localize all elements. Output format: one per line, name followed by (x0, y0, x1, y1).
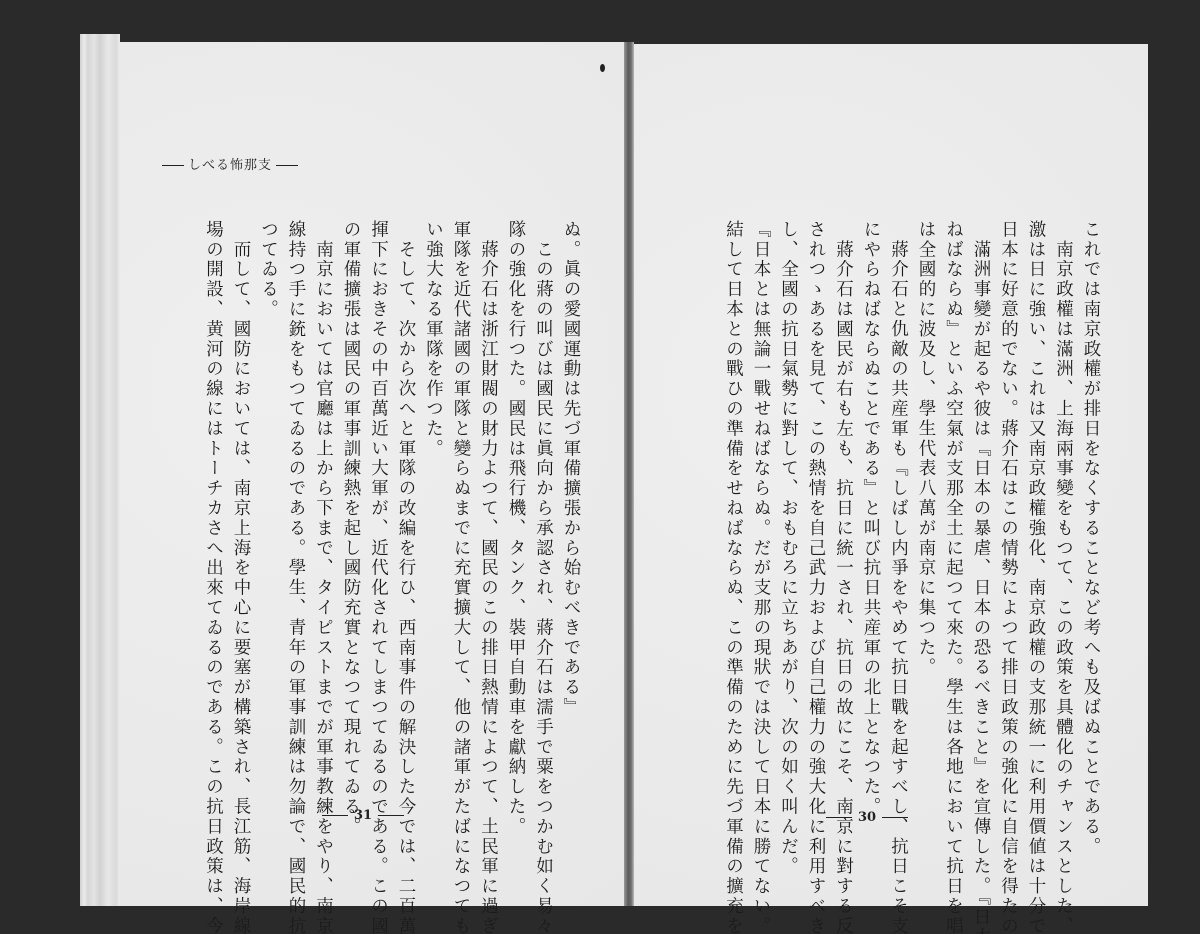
text-column: 隊の強化を行つた。國民は飛行機、タンク、裝甲自動車を獻納した。 (502, 220, 530, 676)
text-column: 場の開設、黄河の線にはトーチカさへ出來てゐるのである。この抗日政策は、今では南京… (199, 220, 227, 676)
right-page: これでは南京政權が排日をなくすることなど考へも及ばぬことである。 南京政權は滿洲… (634, 44, 1148, 906)
text-column: は全國的に波及し、學生代表八萬が南京に集つた。 (912, 220, 940, 680)
text-column: にやらねばならぬことである』と叫び抗日共産軍の北上となつた。 (857, 220, 885, 680)
text-column: 『日本とは無論一戰せねばならぬ。だが支那の現狀では決して日本に勝てない。支那は一… (747, 220, 775, 680)
page-number: 30 (820, 810, 914, 825)
rule-dash (276, 165, 298, 166)
text-column: 線持つ手に銃をもつてゐるのである。學生、青年の軍事訓練は勿論で、國民的抗日氣勢は… (282, 220, 310, 676)
right-page-text: これでは南京政權が排日をなくすることなど考へも及ばぬことである。 南京政權は滿洲… (719, 220, 1104, 680)
page-edges (80, 34, 120, 906)
text-column: 軍隊を近代諸國の軍隊と變らぬまでに充實擴大して、他の諸軍がたばになつても如何とも… (447, 220, 475, 676)
running-head: しべる怖那支 (158, 154, 302, 173)
text-column: 日本に好意的でない。蔣介石はこの情勢によつて排日政策の強化に自信を得たのである。 (994, 220, 1022, 680)
text-column: 揮下におきその中百萬近い大軍が、近代化されてしまつてゐるのである。この國民の抗日… (364, 220, 392, 676)
text-column: 滿洲事變が起るや彼は『日本の暴虐、日本の恐るべきこと』を宣傳した。『日本と一戰を… (967, 220, 995, 680)
text-column: い強大なる軍隊を作つた。 (419, 220, 447, 676)
rule-dash (882, 817, 908, 818)
text-column: 激は日に強い、これは又南京政權強化、南京政權の支那統一に利用價値は十分である。列… (1022, 220, 1050, 680)
text-column: の軍備擴張は國民の軍事訓練熱を起し國防充實となつて現れてゐる。 (337, 220, 365, 676)
text-column: ぬ。眞の愛國運動は先づ軍備擴張から始むべきである』 (557, 220, 585, 676)
text-column: 結して日本との戰ひの準備をせねばならぬ、この準備のために先づ軍備の擴充を計らねば… (719, 220, 747, 680)
rule-dash (322, 815, 348, 816)
left-page-text: ぬ。眞の愛國運動は先づ軍備擴張から始むべきである』 この蔣の叫びは國民に眞向から… (199, 220, 584, 676)
page-number-value: 31 (354, 808, 372, 823)
book-spread: しべる怖那支 ぬ。眞の愛國運動は先づ軍備擴張から始むべきである』 この蔣の叫びは… (0, 0, 1200, 934)
text-column: 而して、國防においては、南京上海を中心に要塞が構築され、長江筋、海岸線の要塞、飛… (227, 220, 255, 676)
rule-dash (378, 815, 404, 816)
text-column: 南京においては官廳は上から下まで、タイピストまでが軍事教練をやり、南京の藝者は三… (309, 220, 337, 676)
text-column: これでは南京政權が排日をなくすることなど考へも及ばぬことである。 (1077, 220, 1105, 680)
left-page: しべる怖那支 ぬ。眞の愛國運動は先づ軍備擴張から始むべきである』 この蔣の叫びは… (120, 42, 624, 906)
text-column: この蔣の叫びは國民に眞向から承認され、蔣介石は濡手で粟をつかむ如く易々として自己… (529, 220, 557, 676)
text-column: 南京政權は滿洲、上海兩事變をもつて、この政策を具體化のチャンスとした、國民の對日… (1049, 220, 1077, 680)
running-head-title: しべる怖那支 (188, 158, 272, 173)
ink-speck (600, 64, 605, 72)
text-column: つてゐる。 (254, 220, 282, 676)
text-column: そして、次から次へと軍隊の改編を行ひ、西南事件の解決した今では、二百萬の支那軍を… (392, 220, 420, 676)
page-number: 31 (316, 808, 410, 823)
rule-dash (826, 817, 852, 818)
text-column: ねばならぬ』といふ空氣が支那全土に起つて來た。學生は各地において抗日を唱へ、抗日… (939, 220, 967, 680)
page-number-value: 30 (858, 810, 876, 825)
text-column: 蔣介石と仇敵の共産軍も『しばし内爭をやめて抗日戰を起すべし、抗日こそ支那國民の最… (884, 220, 912, 680)
book-gutter (624, 42, 634, 906)
text-column: 蔣介石は國民が右も左も、抗日に統一され、抗日の故にこそ、南京に對する反撃作用が中… (829, 220, 857, 680)
text-column: 蔣介石は浙江財閥の財力よつて、國民のこの排日熱情によつて、土民軍に過ぎなかつた自… (474, 220, 502, 676)
text-column: し、全國の抗日氣勢に對して、おもむろに立ちあがり、次の如く叫んだ。 (774, 220, 802, 680)
rule-dash (162, 165, 184, 166)
text-column: されつゝあるを見て、この熱情を自己武力および自己權力の強大化に利用すべきであると… (802, 220, 830, 680)
